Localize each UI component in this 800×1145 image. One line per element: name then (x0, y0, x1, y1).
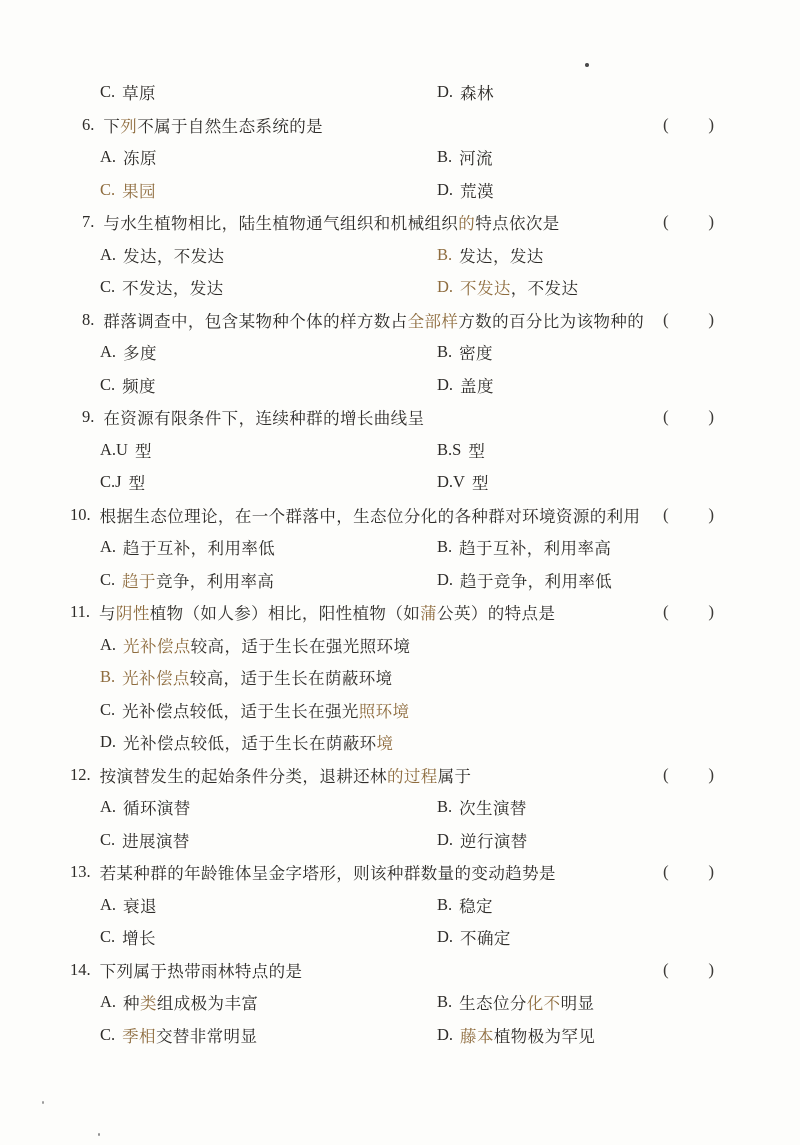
text-run: 不属于自然生态系统的是 (137, 117, 323, 136)
option-label: D. (437, 1025, 453, 1045)
option-D: D.森林 (437, 76, 494, 109)
option-row: C.频度D.盖度 (0, 369, 800, 402)
text-run: 若某种群的年龄锥体呈金字塔形，则该种群数量的变动趋势是 (100, 864, 556, 883)
option-text: 型 (468, 438, 485, 462)
text-run: 衰退 (123, 897, 157, 916)
bracket-open: ( (663, 765, 669, 785)
option-B: B.S型 (437, 434, 485, 467)
text-run: 盖度 (460, 377, 494, 396)
option-label: A. (100, 537, 116, 557)
text-run: 趋于竞争，利用率低 (460, 572, 612, 591)
text-run: 按演替发生的起始条件分类，退耕还林 (100, 767, 387, 786)
bracket-close: ) (708, 602, 714, 622)
question-stem: 与水生植物相比，陆生植物通气组织和机械组织的特点依次是 (103, 210, 559, 234)
option-text: 进展演替 (122, 828, 190, 852)
option-label: D. (437, 927, 453, 947)
option-text: 发达，不发达 (123, 243, 224, 267)
text-run-highlighted: 的过程 (387, 767, 438, 786)
option-C: C.草原 (100, 76, 156, 109)
bracket-open: ( (663, 407, 669, 427)
answer-bracket: () (663, 499, 714, 532)
option-text: 增长 (122, 925, 156, 949)
text-run: 循环演替 (123, 799, 191, 818)
option-label: C. (100, 82, 115, 102)
option-C: C.频度 (100, 369, 156, 402)
option-B: B.发达，发达 (437, 239, 544, 272)
option-row: C.季相交替非常明显D.藤本植物极为罕见 (0, 1019, 800, 1052)
option-text: 不发达，不发达 (460, 275, 578, 299)
option-row: C.果园D.荒漠 (0, 174, 800, 207)
question-row-12: 12.按演替发生的起始条件分类，退耕还林的过程属于() (0, 759, 800, 792)
text-run: 型 (135, 442, 152, 461)
option-row: C.草原D.森林 (0, 76, 800, 109)
text-run: ，不发达 (511, 279, 579, 298)
text-run: 光补偿点较低，适于生长在荫蔽环 (123, 734, 377, 753)
option-B: B.密度 (437, 336, 493, 369)
text-run: 较高，适于生长在强光照环境 (191, 637, 411, 656)
option-label: B. (437, 797, 452, 817)
text-run-highlighted: 境 (377, 734, 394, 753)
text-run: 型 (468, 442, 485, 461)
option-label: A. (100, 895, 116, 915)
question-stem: 下列属于热带雨林特点的是 (100, 958, 303, 982)
option-label: C. (100, 700, 115, 720)
text-run: 森林 (460, 84, 494, 103)
text-run: 与水生植物相比，陆生植物通气组织和机械组织 (103, 214, 458, 233)
option-label: C. (100, 375, 115, 395)
option-label: A. (100, 245, 116, 265)
option-text: 次生演替 (459, 795, 527, 819)
option-text: 冻原 (123, 145, 157, 169)
text-run: 光补偿点较低，适于生长在强光 (122, 702, 359, 721)
option-text: 光补偿点较高，适于生长在强光照环境 (123, 633, 410, 657)
text-run: 型 (129, 474, 146, 493)
text-run-highlighted: 全部样 (408, 312, 459, 331)
bracket-open: ( (663, 602, 669, 622)
question-stem: 与阴性植物（如人参）相比，阳性植物（如蒲公英）的特点是 (99, 600, 555, 624)
option-C: C.趋于竞争，利用率高 (100, 564, 274, 597)
question-row-8: 8.群落调查中，包含某物种个体的样方数占全部样方数的百分比为该物种的() (0, 304, 800, 337)
text-run-highlighted: 蒲 (420, 604, 437, 623)
question-number: 6. (82, 115, 94, 135)
option-label: D. (437, 830, 453, 850)
text-run-highlighted: 果园 (122, 182, 156, 201)
answer-bracket: () (663, 759, 714, 792)
question-row-11: 11.与阴性植物（如人参）相比，阳性植物（如蒲公英）的特点是() (0, 596, 800, 629)
text-run: 发达，发达 (459, 247, 544, 266)
option-row: A.多度B.密度 (0, 336, 800, 369)
option-text: 森林 (460, 80, 494, 104)
option-D: D.盖度 (437, 369, 494, 402)
option-text: 趋于竞争，利用率高 (122, 568, 274, 592)
bracket-close: ) (708, 310, 714, 330)
option-label: A. (100, 992, 116, 1012)
option-label: D. (437, 570, 453, 590)
option-label: D. (100, 732, 116, 752)
option-C: C.光补偿点较低，适于生长在强光照环境 (100, 694, 409, 727)
option-D: D.V型 (437, 466, 489, 499)
answer-bracket: () (663, 109, 714, 142)
text-run: 方数的百分比为该物种的 (458, 312, 644, 331)
option-text: 趋于互补，利用率低 (123, 535, 275, 559)
text-run: 群落调查中，包含某物种个体的样方数占 (103, 312, 407, 331)
option-text: 河流 (459, 145, 493, 169)
option-row: A.趋于互补，利用率低B.趋于互补，利用率高 (0, 531, 800, 564)
question-stem: 在资源有限条件下，连续种群的增长曲线呈 (103, 405, 424, 429)
option-label: B. (437, 147, 452, 167)
bracket-close: ) (708, 505, 714, 525)
option-label: A. (100, 342, 116, 362)
text-run: 下列属于热带雨林特点的是 (100, 962, 303, 981)
text-run: 公英）的特点是 (437, 604, 555, 623)
text-run: 竞争，利用率高 (156, 572, 274, 591)
option-text: 季相交替非常明显 (122, 1023, 257, 1047)
text-run: 下 (103, 117, 120, 136)
text-run-highlighted: 光补偿点 (122, 669, 190, 688)
text-run-highlighted: 列 (120, 117, 137, 136)
option-text: 趋于竞争，利用率低 (460, 568, 612, 592)
text-run-highlighted: 的 (458, 214, 475, 233)
text-run-highlighted: 光补偿点 (123, 637, 191, 656)
question-number: 13. (70, 862, 91, 882)
answer-bracket: () (663, 206, 714, 239)
option-text: 种类组成极为丰富 (123, 990, 258, 1014)
option-A: A.趋于互补，利用率低 (100, 531, 275, 564)
option-row: C.增长D.不确定 (0, 921, 800, 954)
option-text: 发达，发达 (459, 243, 544, 267)
option-B: B.光补偿点较高，适于生长在荫蔽环境 (100, 661, 393, 694)
option-C: C.进展演替 (100, 824, 190, 857)
text-run: 增长 (122, 929, 156, 948)
option-row: B.光补偿点较高，适于生长在荫蔽环境 (0, 661, 800, 694)
question-stem: 若某种群的年龄锥体呈金字塔形，则该种群数量的变动趋势是 (100, 860, 556, 884)
text-run: 趋于互补，利用率低 (123, 539, 275, 558)
option-label: C.J (100, 472, 122, 492)
answer-bracket: () (663, 304, 714, 337)
option-C: C.果园 (100, 174, 156, 207)
option-text: 型 (472, 470, 489, 494)
option-label: B. (100, 667, 115, 687)
option-D: D.趋于竞争，利用率低 (437, 564, 612, 597)
text-run-highlighted: 化不 (527, 994, 561, 1013)
option-C: C.J型 (100, 466, 145, 499)
text-run-highlighted: 趋于 (122, 572, 156, 591)
option-text: 型 (129, 470, 146, 494)
question-number: 14. (70, 960, 91, 980)
option-D: D.逆行演替 (437, 824, 528, 857)
question-stem: 下列不属于自然生态系统的是 (103, 113, 323, 137)
option-A: A.光补偿点较高，适于生长在强光照环境 (100, 629, 410, 662)
text-run: 属于 (438, 767, 472, 786)
option-label: B. (437, 537, 452, 557)
text-run: 交替非常明显 (156, 1027, 257, 1046)
answer-bracket: () (663, 401, 714, 434)
option-A: A.衰退 (100, 889, 157, 922)
option-label: B.S (437, 440, 461, 460)
text-run: 不确定 (460, 929, 511, 948)
option-text: 型 (135, 438, 152, 462)
option-label: B. (437, 342, 452, 362)
option-text: 草原 (122, 80, 156, 104)
text-run-highlighted: 季相 (122, 1027, 156, 1046)
text-run: 河流 (459, 149, 493, 168)
option-row: A.U型B.S型 (0, 434, 800, 467)
option-label: B. (437, 895, 452, 915)
option-text: 循环演替 (123, 795, 191, 819)
question-list: C.草原D.森林6.下列不属于自然生态系统的是()A.冻原B.河流C.果园D.荒… (0, 76, 800, 1051)
option-text: 不发达，发达 (122, 275, 223, 299)
bracket-close: ) (708, 407, 714, 427)
option-label: C. (100, 180, 115, 200)
option-B: B.稳定 (437, 889, 493, 922)
option-D: D.不发达，不发达 (437, 271, 578, 304)
exam-page: C.草原D.森林6.下列不属于自然生态系统的是()A.冻原B.河流C.果园D.荒… (0, 0, 800, 1145)
text-run: 种 (123, 994, 140, 1013)
question-stem: 按演替发生的起始条件分类，退耕还林的过程属于 (100, 763, 472, 787)
option-row: A.发达，不发达B.发达，发达 (0, 239, 800, 272)
option-D: D.不确定 (437, 921, 511, 954)
question-number: 7. (82, 212, 94, 232)
text-run: 与 (99, 604, 116, 623)
option-text: 荒漠 (460, 178, 494, 202)
option-label: A. (100, 147, 116, 167)
question-stem: 根据生态位理论，在一个群落中，生态位分化的各种群对环境资源的利用 (100, 503, 641, 527)
option-row: C.趋于竞争，利用率高D.趋于竞争，利用率低 (0, 564, 800, 597)
text-run: 密度 (459, 344, 493, 363)
option-text: 频度 (122, 373, 156, 397)
question-row-9: 9.在资源有限条件下，连续种群的增长曲线呈() (0, 401, 800, 434)
text-run: 逆行演替 (460, 832, 528, 851)
option-B: B.河流 (437, 141, 493, 174)
bracket-open: ( (663, 862, 669, 882)
option-label: C. (100, 927, 115, 947)
bracket-close: ) (708, 765, 714, 785)
option-C: C.季相交替非常明显 (100, 1019, 257, 1052)
option-A: A.循环演替 (100, 791, 191, 824)
bracket-open: ( (663, 212, 669, 232)
text-run: 根据生态位理论，在一个群落中，生态位分化的各种群对环境资源的利用 (100, 507, 641, 526)
text-run-highlighted: 照环境 (359, 702, 410, 721)
option-row: C.J型D.V型 (0, 466, 800, 499)
option-label: C. (100, 277, 115, 297)
scan-speck (585, 63, 589, 67)
question-number: 12. (70, 765, 91, 785)
option-text: 逆行演替 (460, 828, 528, 852)
bracket-open: ( (663, 115, 669, 135)
option-row: C.进展演替D.逆行演替 (0, 824, 800, 857)
text-run: 明显 (561, 994, 595, 1013)
option-B: B.次生演替 (437, 791, 527, 824)
bracket-open: ( (663, 505, 669, 525)
option-text: 密度 (459, 340, 493, 364)
text-run: 冻原 (123, 149, 157, 168)
text-run: 频度 (122, 377, 156, 396)
text-run: 植物极为罕见 (494, 1027, 595, 1046)
text-run: 植物（如人参）相比，阳性植物（如 (150, 604, 420, 623)
option-text: 盖度 (460, 373, 494, 397)
question-number: 9. (82, 407, 94, 427)
option-label: C. (100, 570, 115, 590)
text-run: 特点依次是 (475, 214, 560, 233)
option-B: B.生态位分化不明显 (437, 986, 594, 1019)
text-run-highlighted: 类 (140, 994, 157, 1013)
text-run: 发达，不发达 (123, 247, 224, 266)
option-text: 光补偿点较低，适于生长在强光照环境 (122, 698, 409, 722)
text-run: 生态位分 (459, 994, 527, 1013)
option-A: A.发达，不发达 (100, 239, 224, 272)
option-row: A.衰退B.稳定 (0, 889, 800, 922)
bracket-open: ( (663, 960, 669, 980)
text-run: 稳定 (459, 897, 493, 916)
question-number: 11. (70, 602, 90, 622)
option-row: A.光补偿点较高，适于生长在强光照环境 (0, 629, 800, 662)
option-D: D.荒漠 (437, 174, 494, 207)
option-D: D.藤本植物极为罕见 (437, 1019, 595, 1052)
option-row: A.种类组成极为丰富B.生态位分化不明显 (0, 986, 800, 1019)
text-run: 较高，适于生长在荫蔽环境 (190, 669, 393, 688)
option-label: D. (437, 180, 453, 200)
option-text: 衰退 (123, 893, 157, 917)
option-C: C.增长 (100, 921, 156, 954)
option-text: 不确定 (460, 925, 511, 949)
question-number: 8. (82, 310, 94, 330)
text-run-highlighted: 阴性 (116, 604, 150, 623)
bracket-close: ) (708, 115, 714, 135)
option-label: B. (437, 992, 452, 1012)
question-stem: 群落调查中，包含某物种个体的样方数占全部样方数的百分比为该物种的 (103, 308, 644, 332)
option-label: C. (100, 1025, 115, 1045)
option-label: D.V (437, 472, 465, 492)
bracket-close: ) (708, 212, 714, 232)
option-row: A.冻原B.河流 (0, 141, 800, 174)
answer-bracket: () (663, 856, 714, 889)
option-label: D. (437, 277, 453, 297)
option-label: A.U (100, 440, 128, 460)
text-run: 趋于互补，利用率高 (459, 539, 611, 558)
option-label: B. (437, 245, 452, 265)
option-label: D. (437, 82, 453, 102)
question-row-6: 6.下列不属于自然生态系统的是() (0, 109, 800, 142)
text-run: 型 (472, 474, 489, 493)
text-run: 次生演替 (459, 799, 527, 818)
question-row-10: 10.根据生态位理论，在一个群落中，生态位分化的各种群对环境资源的利用() (0, 499, 800, 532)
option-label: A. (100, 635, 116, 655)
option-text: 多度 (123, 340, 157, 364)
text-run: 不发达，发达 (122, 279, 223, 298)
option-row: C.不发达，发达D.不发达，不发达 (0, 271, 800, 304)
text-run-highlighted: 藤本 (460, 1027, 494, 1046)
option-text: 光补偿点较高，适于生长在荫蔽环境 (122, 665, 392, 689)
option-B: B.趋于互补，利用率高 (437, 531, 611, 564)
option-A: A.冻原 (100, 141, 157, 174)
text-run: 进展演替 (122, 832, 190, 851)
option-label: C. (100, 830, 115, 850)
option-row: C.光补偿点较低，适于生长在强光照环境 (0, 694, 800, 727)
text-run: 草原 (122, 84, 156, 103)
answer-bracket: () (663, 954, 714, 987)
option-A: A.U型 (100, 434, 152, 467)
option-D: D.光补偿点较低，适于生长在荫蔽环境 (100, 726, 393, 759)
answer-bracket: () (663, 596, 714, 629)
scan-speck (98, 1133, 100, 1136)
option-A: A.多度 (100, 336, 157, 369)
option-text: 生态位分化不明显 (459, 990, 594, 1014)
text-run: 组成极为丰富 (157, 994, 258, 1013)
option-C: C.不发达，发达 (100, 271, 224, 304)
text-run: 多度 (123, 344, 157, 363)
option-text: 光补偿点较低，适于生长在荫蔽环境 (123, 730, 393, 754)
option-A: A.种类组成极为丰富 (100, 986, 258, 1019)
scan-speck (42, 1101, 44, 1104)
option-label: A. (100, 797, 116, 817)
question-row-14: 14.下列属于热带雨林特点的是() (0, 954, 800, 987)
question-row-7: 7.与水生植物相比，陆生植物通气组织和机械组织的特点依次是() (0, 206, 800, 239)
option-label: D. (437, 375, 453, 395)
option-row: A.循环演替B.次生演替 (0, 791, 800, 824)
text-run: 荒漠 (460, 182, 494, 201)
option-text: 果园 (122, 178, 156, 202)
text-run: 在资源有限条件下，连续种群的增长曲线呈 (103, 409, 424, 428)
text-run-highlighted: 不发达 (460, 279, 511, 298)
option-text: 稳定 (459, 893, 493, 917)
bracket-close: ) (708, 960, 714, 980)
question-row-13: 13.若某种群的年龄锥体呈金字塔形，则该种群数量的变动趋势是() (0, 856, 800, 889)
bracket-close: ) (708, 862, 714, 882)
option-row: D.光补偿点较低，适于生长在荫蔽环境 (0, 726, 800, 759)
bracket-open: ( (663, 310, 669, 330)
option-text: 趋于互补，利用率高 (459, 535, 611, 559)
question-number: 10. (70, 505, 91, 525)
option-text: 藤本植物极为罕见 (460, 1023, 595, 1047)
